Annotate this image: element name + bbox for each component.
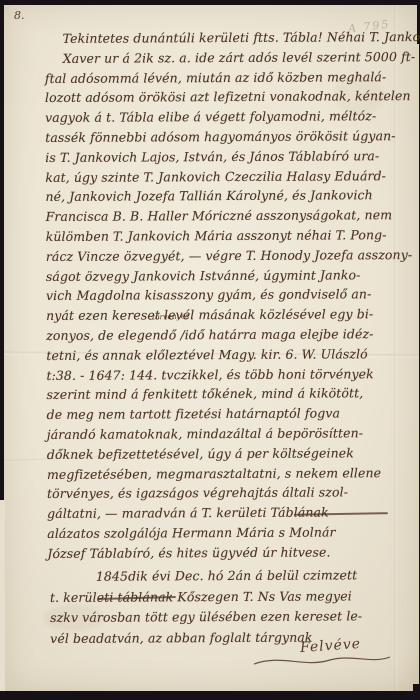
manuscript-line: ftal adósommá lévén, miután az idő közbe… <box>45 67 415 89</box>
manuscript-line: vich Magdolna kisasszony gyám, és gondvi… <box>46 284 416 306</box>
closing-paragraph: 1845dik évi Dec. hó 2án á belül czimzett… <box>50 565 416 649</box>
manuscript-line: de meg nem tartott fizetési határnaptól … <box>47 403 417 425</box>
manuscript-line: rácz Vincze özvegyét, — végre T. Honody … <box>46 245 416 267</box>
manuscript-line: zonyos, de elegendő ∕idő határra maga el… <box>46 324 416 346</box>
manuscript-line: t:38. - 1647: 144. tvczikkel, és több ho… <box>46 364 416 386</box>
manuscript-line: lozott adósom örökösi azt lefizetni vona… <box>45 86 415 108</box>
manuscript-line: Xaver ur á 2ik sz. a. ide zárt adós levé… <box>45 47 415 69</box>
manuscript-line: t. kerületi táblának Kőszegen T. Ns Vas … <box>50 586 416 609</box>
manuscript-line: vél beadatván, az abban foglalt tárgynak <box>50 627 416 650</box>
photograph-background: 8. A 795 Tekintetes dunántúli kerületi f… <box>0 0 420 700</box>
manuscript-line: Francisca B. B. Haller Móriczné asszonys… <box>46 205 416 227</box>
manuscript-line: alázatos szolgálója Hermann Mária s Moln… <box>47 522 417 544</box>
manuscript-line: vagyok á t. Tábla elibe á végett folyamo… <box>45 106 415 128</box>
interlinear-insertion: törvényes <box>152 311 189 321</box>
manuscript-line: ságot özvegy Jankovich Istvánné, úgymint… <box>46 265 416 287</box>
manuscript-line: 1845dik évi Dec. hó 2án á belül czimzett <box>50 565 416 588</box>
manuscript-line: József Táblabíró, és hites ügyvéd úr hit… <box>47 542 417 564</box>
photo-corner <box>413 684 420 700</box>
manuscript-line: szerint mind á fenkitett tőkének, mind á… <box>46 383 416 405</box>
manuscript-line: kat, úgy szinte T. Jankovich Czeczilia H… <box>45 166 415 188</box>
manuscript-line: tetni, és annak előleztével Magy. kir. 6… <box>46 344 416 366</box>
manuscript-line: nyát ezen kereset levél másának közlésév… <box>46 304 416 326</box>
manuscript-line: törvényes, és igazságos végrehajtás álta… <box>47 482 417 504</box>
manuscript-line: tassék fönnebbi adósom hagyományos örökö… <box>45 126 415 148</box>
manuscript-line: külömben T. Jankovich Mária asszonyt néh… <box>46 225 416 247</box>
manuscript-line: né, Jankovich Jozefa Tallián Károlyné, é… <box>45 185 415 207</box>
signature-flourish <box>252 650 392 670</box>
manuscript-line: Tekintetes dunántúli kerületi ftts. Tábl… <box>45 27 415 49</box>
manuscript-body: Tekintetes dunántúli kerületi ftts. Tábl… <box>45 27 418 563</box>
manuscript-line: is T. Jankovich Lajos, István, és János … <box>45 146 415 168</box>
manuscript-line: járandó kamatoknak, mindazáltal á bepörö… <box>47 423 417 445</box>
manuscript-line: megfizetésében, megmarasztaltatni, s nek… <box>47 463 417 485</box>
folio-number: 8. <box>14 9 25 22</box>
manuscript-line: dőknek befizettetésével, úgy á per költs… <box>47 443 417 465</box>
manuscript-page-edge <box>0 500 5 691</box>
manuscript-line: szkv városban tött egy ülésében ezen ker… <box>50 606 416 629</box>
